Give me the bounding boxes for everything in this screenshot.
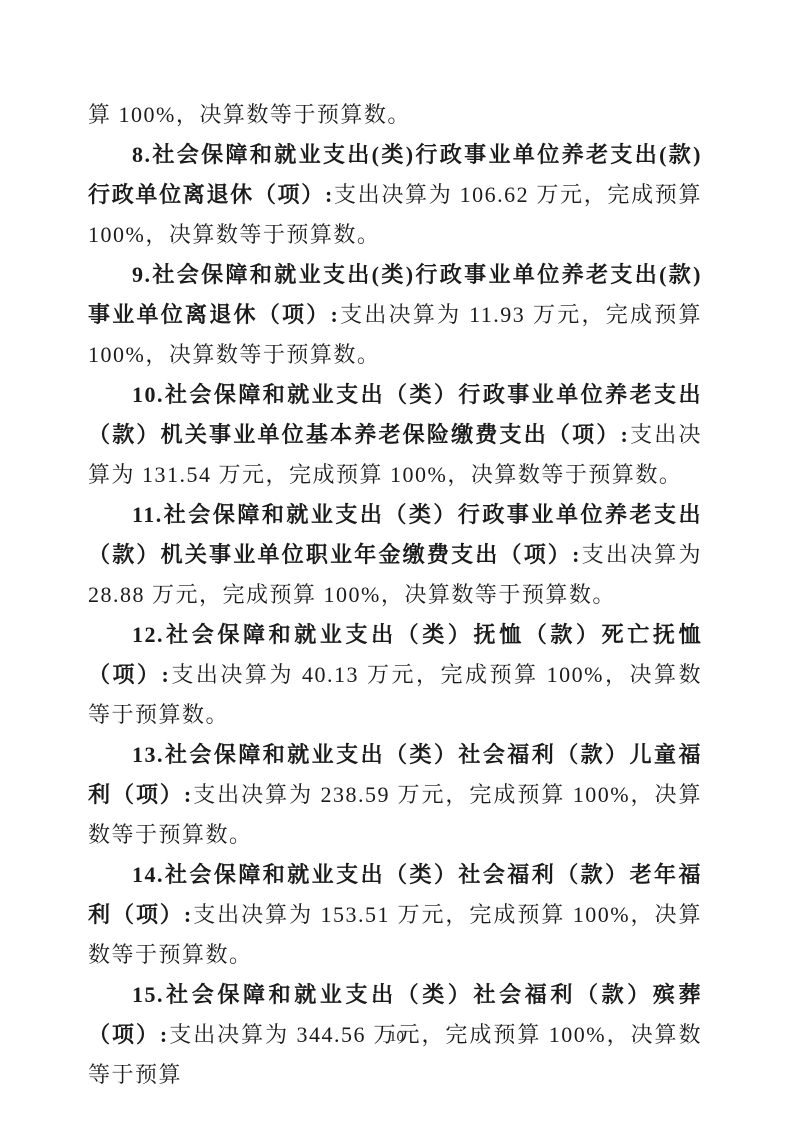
document-page: 算 100%，决算数等于预算数。 8.社会保障和就业支出(类)行政事业单位养老支…: [0, 0, 793, 1122]
budget-item-paragraph-12: 12.社会保障和就业支出（类）抚恤（款）死亡抚恤（项）:支出决算为 40.13 …: [88, 615, 702, 735]
budget-item-paragraph-11: 11.社会保障和就业支出（类）行政事业单位养老支出（款）机关事业单位职业年金缴费…: [88, 495, 702, 615]
paragraph-continuation: 算 100%，决算数等于预算数。: [88, 95, 702, 135]
budget-item-paragraph-10: 10.社会保障和就业支出（类）行政事业单位养老支出（款）机关事业单位基本养老保险…: [88, 375, 702, 495]
budget-item-paragraph-13: 13.社会保障和就业支出（类）社会福利（款）儿童福利（项）:支出决算为 238.…: [88, 735, 702, 855]
budget-item-paragraph-9: 9.社会保障和就业支出(类)行政事业单位养老支出(款)事业单位离退休（项）:支出…: [88, 255, 702, 375]
paragraph-lead: 10.社会保障和就业支出（类）行政事业单位养老支出（款）机关事业单位基本养老保险…: [88, 382, 702, 447]
paragraph-body: 支出决算为 40.13 万元，完成预算 100%，决算数等于预算数。: [88, 662, 702, 727]
document-text-block: 算 100%，决算数等于预算数。 8.社会保障和就业支出(类)行政事业单位养老支…: [88, 95, 702, 1095]
budget-item-paragraph-8: 8.社会保障和就业支出(类)行政事业单位养老支出(款)行政单位离退休（项）:支出…: [88, 135, 702, 255]
page-number: 10: [0, 1029, 793, 1046]
budget-item-paragraph-14: 14.社会保障和就业支出（类）社会福利（款）老年福利（项）:支出决算为 153.…: [88, 855, 702, 975]
paragraph-body: 算 100%，决算数等于预算数。: [88, 102, 411, 127]
